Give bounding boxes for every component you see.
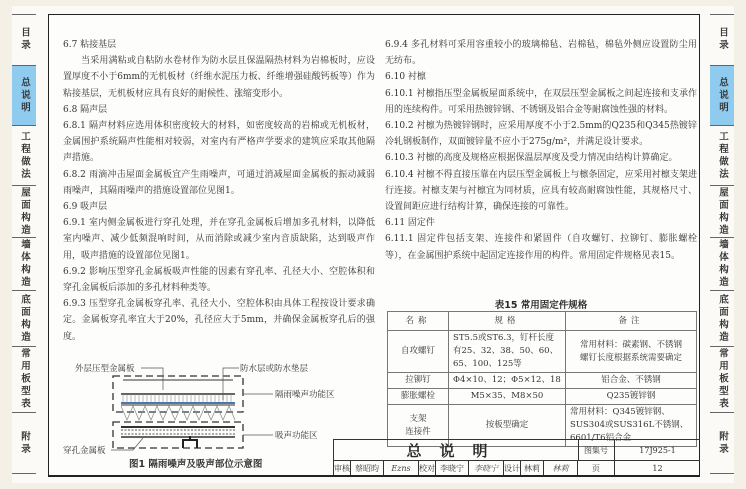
table-title: 表15 常用固定件规格 [385,297,697,311]
table-row: 拉铆钉 Φ4×10、12；Φ5×12、18 铝合金、不锈钢 [388,373,697,389]
content-frame: 6.7 粘接基层 当采用满粘或自粘防水卷材作为防水层且保温隔热材料为岩棉板时，应… [48,14,700,477]
header-remark: 备注 [566,312,697,331]
label-perforated-sheet: 穿孔金属板 [63,444,106,456]
designer-signature: 林莉 [544,461,578,475]
tab-contents[interactable]: 目录 [12,14,36,66]
right-section-tabs: 目录 总说明 工程做法 屋面构造 墙体构造 底面构造 常用板型表 附录 [710,14,734,474]
heading-6-7: 6.7 粘接基层 [63,37,375,53]
tab-appendix[interactable]: 附录 [12,413,36,474]
cell-remark: 铝合金、不锈钢 [566,373,697,389]
cell-spec: Φ4×10、12；Φ5×12、18 [449,373,566,389]
tab-general-notes[interactable]: 总说明 [710,66,734,126]
paragraph: 6.11.1 固定件包括支架、连接件和紧固件（自攻螺钉、拉铆钉、膨胀螺栓等），在… [385,231,697,263]
cell-name: 膨胀螺栓 [388,389,449,405]
checker-name: 李晓宁 [436,461,469,475]
cell-remark: 常用材料：碳素钢、不锈钢 螺钉长度根据系统需要确定 [566,331,697,373]
tab-wall-construction[interactable]: 墙体构造 [710,238,734,291]
heading-6-8: 6.8 隔声层 [63,102,375,118]
tab-soffit-construction[interactable]: 底面构造 [12,291,36,347]
tab-construction-methods[interactable]: 工程做法 [710,126,734,186]
reviewer-name: 蔡昭昀 [351,461,384,475]
paragraph: 6.9.3 压型穿孔金属板穿孔率、孔径大小、空腔体积由具体工程按设计要求确定。金… [63,296,375,345]
paragraph: 6.9.2 影响压型穿孔金属板吸声性能的因素有穿孔率、孔径大小、空腔体积和穿孔金… [63,264,375,296]
table-row: 膨胀螺栓 M5×35、M8×50 Q235镀锌钢 [388,389,697,405]
tab-panel-profiles[interactable]: 常用板型表 [12,347,36,413]
tab-contents[interactable]: 目录 [710,14,734,66]
tab-appendix[interactable]: 附录 [710,413,734,474]
review-label: 审核 [334,461,351,475]
title-block: 总说明 图集号 17J925-1 审核 蔡昭昀 Ezns 校对 李晓宁 李晓宁 … [333,439,700,475]
paragraph: 6.9.4 多孔材料可采用容重较小的玻璃棉毡、岩棉毡，棉毡外侧应设置防尘用无纺布… [385,37,697,69]
heading-6-9: 6.9 吸声层 [63,199,375,215]
tab-panel-profiles[interactable]: 常用板型表 [710,347,734,413]
designer-name: 林莉 [521,461,544,475]
header-spec: 规格 [449,312,566,331]
tab-soffit-construction[interactable]: 底面构造 [710,291,734,347]
label-outer-sheet: 外层压型金属板 [75,362,135,374]
label-absorb-zone: 吸声功能区 [275,429,318,441]
cell-name: 拉铆钉 [388,373,449,389]
cell-spec: M5×35、M8×50 [449,389,566,405]
paragraph: 6.9.1 室内侧金属板进行穿孔处理，并在穿孔金属板后增加多孔材料，以降低室内噪… [63,215,375,264]
tab-general-notes[interactable]: 总说明 [12,66,36,126]
atlas-label: 图集号 [578,440,615,461]
label-waterproof-layer: 防水层或防水垫层 [240,362,308,374]
paragraph: 6.10.4 衬檩不得直接压靠在内层压型金属板上与檩条固定，应采用衬檩支架进行连… [385,167,697,216]
left-section-tabs: 目录 总说明 工程做法 屋面构造 墙体构造 底面构造 常用板型表 附录 [12,14,36,474]
table-header-row: 名称 规格 备注 [388,312,697,331]
paragraph: 当采用满粘或自粘防水卷材作为防水层且保温隔热材料为岩棉板时，应设置厚度不小于6m… [63,53,375,102]
reviewer-signature: Ezns [384,461,419,475]
page-number: 12 [615,461,700,475]
header-name: 名称 [388,312,449,331]
heading-6-10: 6.10 衬檩 [385,69,697,85]
figure-1: 外层压型金属板 防水层或防水垫层 隔雨噪声功能区 吸声功能区 穿孔金属板 图1 … [63,350,375,470]
design-label: 设计 [504,461,521,475]
check-label: 校对 [419,461,436,475]
figure-caption: 图1 隔雨噪声及吸声部位示意图 [129,456,262,470]
sheet-title: 总说明 [334,440,579,461]
tab-roof-construction[interactable]: 屋面构造 [710,186,734,238]
paragraph: 6.10.3 衬檩的高度及规格应根据保温层厚度及受力情况由结构计算确定。 [385,150,697,166]
heading-6-11: 6.11 固定件 [385,215,697,231]
tab-wall-construction[interactable]: 墙体构造 [12,238,36,291]
paragraph: 6.8.2 雨滴冲击屋面金属板宜产生雨噪声，可通过消减屋面金属板的振动减弱雨噪声… [63,167,375,199]
table-row: 自攻螺钉 ST5.5或ST6.3，钉杆长度有25、32、38、50、60、65、… [388,331,697,373]
atlas-number: 17J925-1 [615,440,700,461]
cell-spec: ST5.5或ST6.3，钉杆长度有25、32、38、50、60、65、100、1… [449,331,566,373]
label-rain-noise-zone: 隔雨噪声功能区 [275,388,335,400]
right-text-column: 6.9.4 多孔材料可采用容重较小的玻璃棉毡、岩棉毡，棉毡外侧应设置防尘用无纺布… [385,37,697,264]
paragraph: 6.10.1 衬檩指压型金属板屋面系统中，在双层压型金属板之间起连接和支承作用的… [385,86,697,118]
cell-remark: Q235镀锌钢 [566,389,697,405]
paragraph: 6.10.2 衬檩为热镀锌钢时，应采用厚度不小于2.5mm的Q235和Q345热… [385,118,697,150]
cell-name: 自攻螺钉 [388,331,449,373]
fastener-spec-table: 名称 规格 备注 自攻螺钉 ST5.5或ST6.3，钉杆长度有25、32、38、… [387,311,697,447]
tab-roof-construction[interactable]: 屋面构造 [12,186,36,238]
page-label: 页 [578,461,615,475]
checker-signature: 李晓宁 [469,461,504,475]
paragraph: 6.8.1 隔声材料应选用体积密度较大的材料，如密度较高的岩棉或无机板材，金属围… [63,118,375,167]
drawing-sheet: 目录 总说明 工程做法 屋面构造 墙体构造 底面构造 常用板型表 附录 目录 总… [12,6,734,483]
left-text-column: 6.7 粘接基层 当采用满粘或自粘防水卷材作为防水层且保温隔热材料为岩棉板时，应… [63,37,375,345]
tab-construction-methods[interactable]: 工程做法 [12,126,36,186]
